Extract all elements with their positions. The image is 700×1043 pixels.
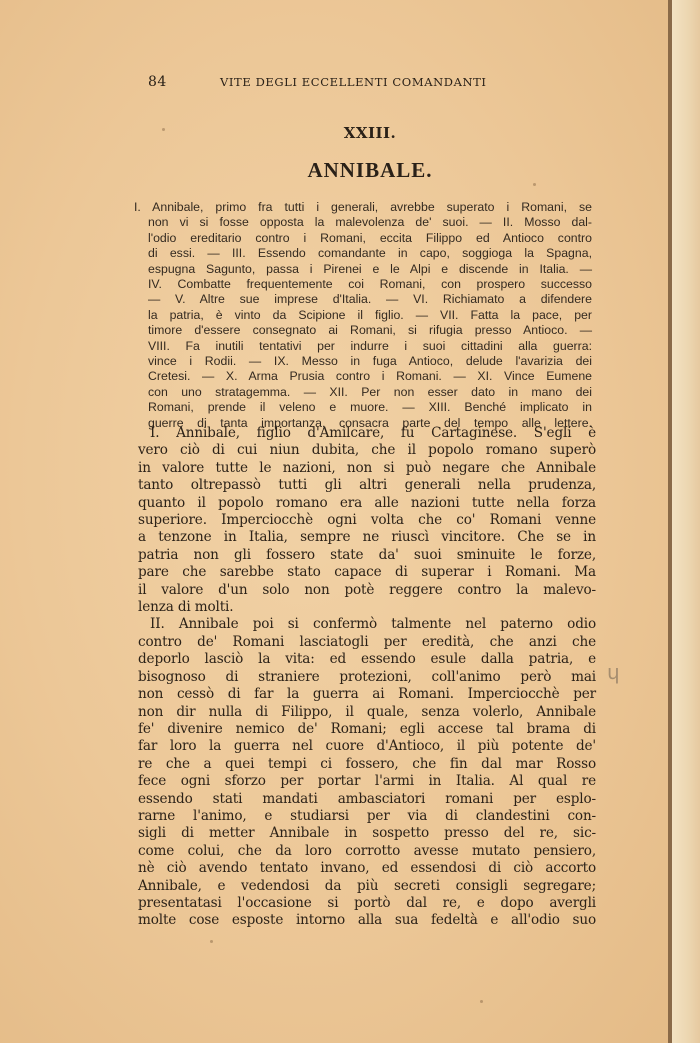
text-line: come colui, che da loro corrotto avesse … bbox=[138, 843, 596, 860]
body-text: I. Annibale, figlio d'Amilcare, fu Carta… bbox=[138, 425, 596, 930]
summary-line: — V. Altre sue imprese d'Italia. — VI. R… bbox=[134, 292, 592, 307]
text-line: Annibale, e vedendosi da più secreti con… bbox=[138, 878, 596, 895]
text-line: superiore. Imperciocchè ogni volta che c… bbox=[138, 512, 596, 529]
text-line: fece ogni sforzo per portar l'armi in It… bbox=[138, 773, 596, 790]
summary-line: IV. Combatte frequentemente coi Romani, … bbox=[134, 277, 592, 292]
text-line: fe' divenire nemico de' Romani; egli acc… bbox=[138, 721, 596, 738]
text-line: rarne l'animo, e studiarsi per via di cl… bbox=[138, 808, 596, 825]
summary-line: I. Annibale, primo fra tutti i generali,… bbox=[134, 200, 592, 215]
text-line: in valore tutte le nazioni, non si può n… bbox=[138, 460, 596, 477]
chapter-number: XXIII. bbox=[130, 124, 610, 142]
paragraph-1: I. Annibale, figlio d'Amilcare, fu Carta… bbox=[138, 425, 596, 616]
paper-fleck bbox=[162, 128, 165, 131]
text-line: I. Annibale, figlio d'Amilcare, fu Carta… bbox=[138, 425, 596, 442]
page-number: 84 bbox=[148, 74, 167, 90]
summary-line: VIII. Fa inutili tentativi per indurre i… bbox=[134, 339, 592, 354]
summary-line: timore d'essere consegnato ai Romani, si… bbox=[134, 323, 592, 338]
summary-line: di essi. — III. Essendo comandante in ca… bbox=[134, 246, 592, 261]
text-line: bisognoso di straniere protezioni, coll'… bbox=[138, 669, 596, 686]
text-line: contro de' Romani lasciatogli per eredit… bbox=[138, 634, 596, 651]
text-line: non cessò di far la guerra ai Romani. Im… bbox=[138, 686, 596, 703]
text-line: deporlo lasciò la vita: ed essendo esule… bbox=[138, 651, 596, 668]
text-line: il valore d'un solo non potè reggere con… bbox=[138, 582, 596, 599]
text-line: essendo stati mandati ambasciatori roman… bbox=[138, 791, 596, 808]
text-line: vero ciò di cui niun dubita, che il popo… bbox=[138, 442, 596, 459]
paper-fleck bbox=[533, 183, 536, 186]
paper-fleck bbox=[480, 1000, 483, 1003]
summary-line: espugna Sagunto, passa i Pirenei e le Al… bbox=[134, 262, 592, 277]
text-line: a tenzone in Italia, sempre ne riuscì vi… bbox=[138, 529, 596, 546]
text-line: re che a quei tempi ci fossero, che fin … bbox=[138, 756, 596, 773]
text-line: nè ciò avendo tentato invano, ed essendo… bbox=[138, 860, 596, 877]
summary-line: Cretesi. — X. Arma Prusia contro i Roman… bbox=[134, 369, 592, 384]
text-line: sigli di metter Annibale in sospetto pre… bbox=[138, 825, 596, 842]
summary-line: la patria, è vinto da Scipione il figlio… bbox=[134, 308, 592, 323]
summary-line: l'odio ereditario contro i Romani, eccit… bbox=[134, 231, 592, 246]
summary-line: con uno stratagemma. — XII. Per non esse… bbox=[134, 385, 592, 400]
book-page: 84 VITE DEGLI ECCELLENTI COMANDANTI XXII… bbox=[0, 0, 672, 1043]
summary-line: vince i Rodii. — IX. Messo in fuga Antio… bbox=[134, 354, 592, 369]
summary-line: Romani, prende il veleno e muore. — XIII… bbox=[134, 400, 592, 415]
text-line: molte cose esposte intorno alla sua fede… bbox=[138, 912, 596, 929]
text-line: lenza di molti. bbox=[138, 599, 596, 616]
running-title: VITE DEGLI ECCELLENTI COMANDANTI bbox=[220, 75, 487, 89]
text-line: tanto oltrepassò tutti gli altri general… bbox=[138, 477, 596, 494]
pencil-margin-mark: ɥ bbox=[607, 660, 627, 690]
text-line: quanto il popolo romano era alle nazioni… bbox=[138, 495, 596, 512]
summary-line: non vi si fosse opposta la malevolenza d… bbox=[134, 215, 592, 230]
paper-fleck bbox=[210, 940, 213, 943]
text-line: presentatasi l'occasione si portò dal re… bbox=[138, 895, 596, 912]
text-line: pare che sarebbe stato capace di superar… bbox=[138, 564, 596, 581]
adjacent-page-edge bbox=[672, 0, 700, 1043]
chapter-title: ANNIBALE. bbox=[130, 158, 610, 183]
text-line: patria non gli fossero state da' suoi sm… bbox=[138, 547, 596, 564]
text-line: far loro la guerra nel cuore d'Antioco, … bbox=[138, 738, 596, 755]
text-line: II. Annibale poi si confermò talmente ne… bbox=[138, 616, 596, 633]
text-line: non dir nulla di Filippo, il quale, senz… bbox=[138, 704, 596, 721]
chapter-summary: I. Annibale, primo fra tutti i generali,… bbox=[134, 200, 592, 431]
paragraph-2: II. Annibale poi si confermò talmente ne… bbox=[138, 616, 596, 929]
